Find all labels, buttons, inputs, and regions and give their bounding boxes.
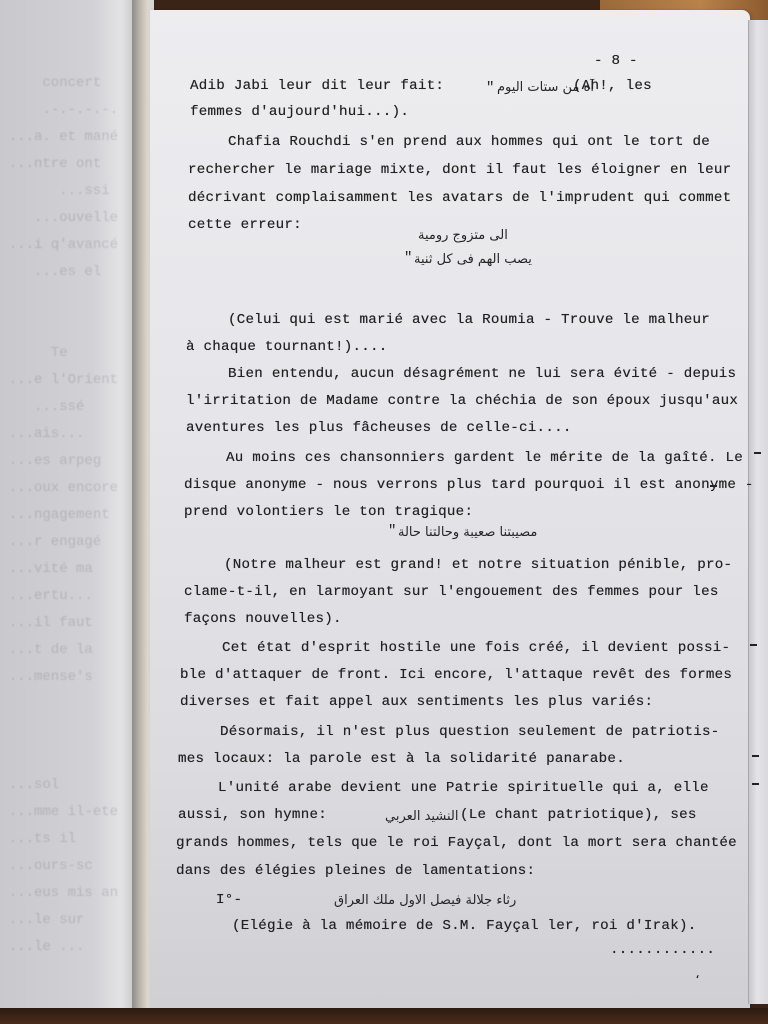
text-line: (Ah!, les [573, 78, 652, 94]
table-background-bottom [0, 1008, 768, 1024]
text-line: (Celui qui est marié avec la Roumia - Tr… [228, 312, 710, 328]
text-line: mes locaux: la parole est à la solidarit… [178, 751, 625, 767]
text-line: aventures les plus fâcheuses de celle-ci… [186, 420, 572, 436]
text-line: l'irritation de Madame contre la chéchia… [186, 393, 738, 409]
ellipsis-line: ............ [610, 942, 715, 958]
text-line: aussi, son hymne: [178, 807, 327, 823]
text-line: Bien entendu, aucun désagrément ne lui s… [228, 366, 736, 382]
arabic-verse: الى متزوج رومية [418, 228, 508, 243]
text-line: Cet état d'esprit hostile une fois créé,… [222, 640, 730, 656]
page-number: - 8 - [594, 53, 638, 69]
text-line: (Notre malheur est grand! et notre situa… [224, 557, 732, 573]
text-line: façons nouvelles). [184, 611, 342, 627]
next-page-edge [748, 20, 768, 1004]
margin-mark [754, 452, 761, 454]
text-line: grands hommes, tels que le roi Fayçal, d… [176, 835, 737, 851]
text-line: (Le chant patriotique), ses [460, 807, 697, 823]
text-line: femmes d'aujourd'hui...). [190, 104, 409, 120]
text-line: Adib Jabi leur dit leur fait: [190, 78, 444, 94]
text-line: L'unité arabe devient une Patrie spiritu… [218, 780, 709, 796]
arabic-title: رثاء جلالة فيصل الاول ملك العراق [334, 893, 516, 908]
text-line: cette erreur: [188, 217, 302, 233]
quote-mark: " [486, 80, 494, 96]
text-line: clame-t-il, en larmoyant sur l'engouemen… [184, 584, 719, 600]
arabic-verse: يصب الهم فى كل ثنية [414, 252, 532, 267]
text-line: diverses et fait appel aux sentiments le… [180, 694, 653, 710]
text-line: disque anonyme - nous verrons plus tard … [184, 477, 754, 493]
text-line: (Elégie à la mémoire de S.M. Fayçal ler,… [232, 918, 697, 934]
text-line: ble d'attaquer de front. Ici encore, l'a… [180, 667, 732, 683]
quote-mark: " [388, 523, 396, 539]
corner-mark: ، [694, 967, 701, 982]
text-line: prend volontiers le ton tragique: [184, 504, 473, 520]
quote-mark: " [404, 250, 412, 266]
left-page: concert .-.-.-.-. ...a. et mané ...ntre … [0, 0, 132, 1014]
text-line: Désormais, il n'est plus question seulem… [220, 724, 720, 740]
arabic-phrase: مصيبتنا صعيبة وحالتنا حالة [398, 525, 537, 540]
list-number: I°- [216, 892, 242, 908]
text-line: rechercher le mariage mixte, dont il fau… [188, 162, 731, 178]
margin-mark [750, 644, 757, 646]
margin-mark [752, 755, 759, 757]
text-line: décrivant complaisamment les avatars de … [188, 190, 731, 206]
left-page-bleed-through-text: concert .-.-.-.-. ...a. et mané ...ntre … [0, 70, 132, 961]
text-line: dans des élégies pleines de lamentations… [176, 863, 535, 879]
arabic-phrase: النشيد العربي [385, 809, 458, 824]
text-line: Chafia Rouchdi s'en prend aux hommes qui… [228, 134, 710, 150]
text-line: Au moins ces chansonniers gardent le mér… [226, 450, 743, 466]
margin-mark [752, 783, 759, 785]
text-line: à chaque tournant!).... [186, 339, 388, 355]
